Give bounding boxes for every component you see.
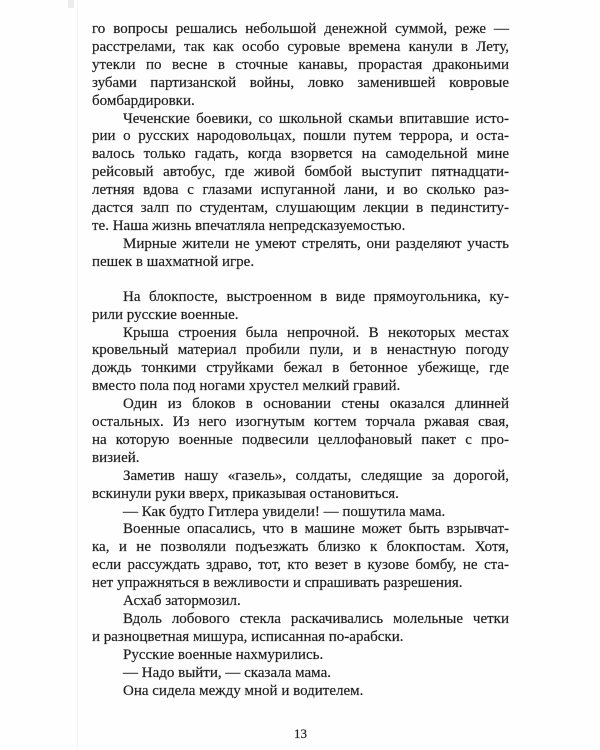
text-line: на которую военные подвесили целлофановы…	[92, 432, 509, 450]
text-line: те. Наша жизнь впечатляла непредсказуемо…	[92, 218, 509, 236]
text-line: остальных. Из него изогнутым когтем торч…	[92, 414, 509, 432]
text-line: летняя вдова с глазами испуганной лани, …	[92, 182, 509, 200]
scan-artifact	[68, 0, 74, 8]
text-line: Военные опасались, что в машине может бы…	[92, 521, 509, 539]
text-line: Русские военные нахмурились.	[92, 647, 509, 665]
text-line: дождь тонкими струйками бежал в бетонное…	[92, 360, 509, 378]
text-line: — Как будто Гитлера увидели! — пошутила …	[92, 504, 509, 522]
text-line: го вопросы решались небольшой денежной с…	[92, 21, 509, 39]
text-line: Один из блоков в основании стены оказалс…	[92, 396, 509, 414]
text-line: кровельный материал пробили пули, и в не…	[92, 342, 509, 360]
text-line: рии о русских народовольцах, пошли путем…	[92, 128, 509, 146]
text-line: расстрелами, так как особо суровые време…	[92, 39, 509, 57]
page-text: го вопросы решались небольшой денежной с…	[92, 21, 509, 701]
text-line: Чеченские боевики, со школьной скамьи вп…	[92, 111, 509, 129]
text-line: вместо пола под ногами хрустел мелкий гр…	[92, 378, 509, 396]
book-page: го вопросы решались небольшой денежной с…	[0, 0, 600, 750]
text-line: На блокпосте, выстроенном в виде прямоуг…	[92, 289, 509, 307]
scan-gutter-shadow	[77, 0, 78, 750]
text-line: рили русские военные.	[92, 307, 509, 325]
text-line: Она сидела между мной и водителем.	[92, 683, 509, 701]
text-line: вскинули руки вверх, приказывая останови…	[92, 486, 509, 504]
text-line: утекли по весне в сточные канавы, прорас…	[92, 57, 509, 75]
text-line: Асхаб затормозил.	[92, 593, 509, 611]
text-line: Заметив нашу «газель», солдаты, следящие…	[92, 468, 509, 486]
text-line: Крыша строения была непрочной. В некотор…	[92, 325, 509, 343]
text-line: дастся залп по студентам, слушающим лекц…	[92, 200, 509, 218]
text-line: визией.	[92, 450, 509, 468]
text-line: валось только гадать, когда взорвется на…	[92, 146, 509, 164]
text-line: если рассуждать здраво, тот, кто везет в…	[92, 557, 509, 575]
text-line: нет упражняться в вежливости и спрашиват…	[92, 575, 509, 593]
page-number: 13	[92, 726, 509, 741]
text-line: Вдоль лобового стекла раскачивались моле…	[92, 611, 509, 629]
text-line: — Надо выйти, — сказала мама.	[92, 665, 509, 683]
text-line: бомбардировки.	[92, 93, 509, 111]
text-line: рейсовый автобус, где живой бомбой высту…	[92, 164, 509, 182]
text-line: зубами партизанской войны, ловко заменив…	[92, 75, 509, 93]
text-line: Мирные жители не умеют стрелять, они раз…	[92, 236, 509, 254]
text-line: ка, и не позволяли подъезжать близко к б…	[92, 539, 509, 557]
text-line: и разноцветная мишура, исписанная по-ара…	[92, 629, 509, 647]
text-line: пешек в шахматной игре.	[92, 254, 509, 272]
